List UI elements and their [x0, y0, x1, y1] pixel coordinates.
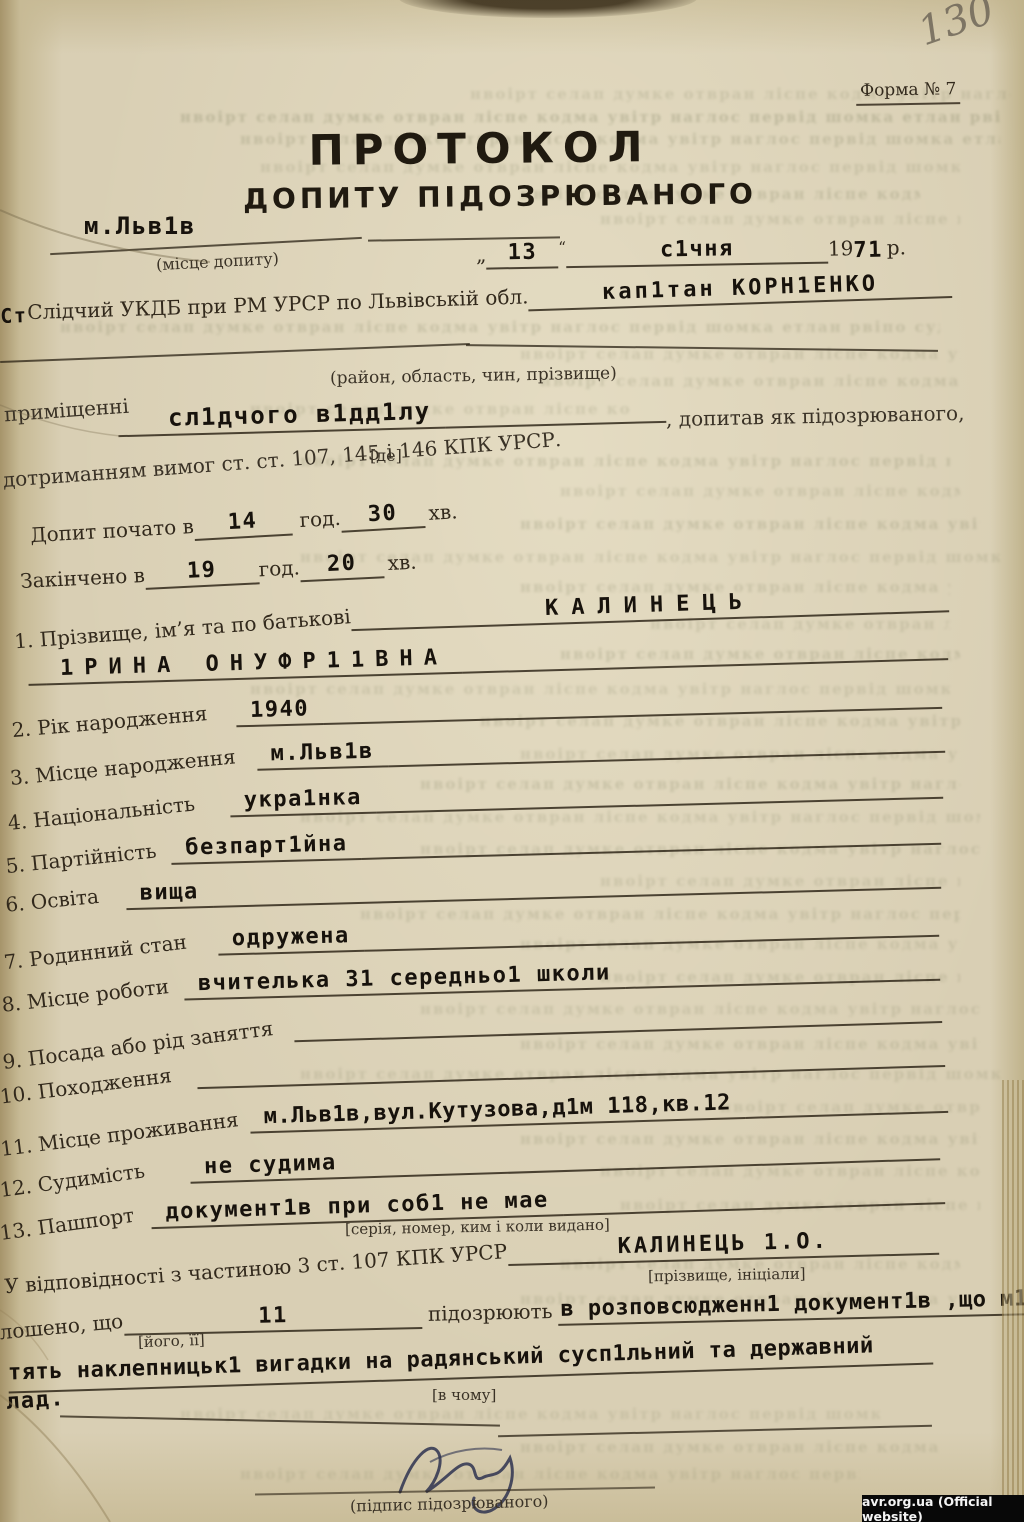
watermark-badge: avr.org.ua (Official website)	[862, 1495, 1024, 1522]
investigator-row: Ст Слідчий УКДБ при РМ УРСР по Львівські…	[0, 269, 952, 328]
interrogation-start-row: Допит почато в 14 год. 30 хв.	[30, 495, 501, 550]
form-line	[362, 843, 941, 860]
field-value: вища	[125, 879, 213, 910]
charge-line1: в розповсюдженн1 документ1в ,що м1с-	[558, 1286, 1024, 1326]
premises-fill: сл1дчого в1дд1лу	[118, 391, 667, 437]
ended-hour: 19	[144, 555, 259, 590]
form-line	[625, 979, 940, 989]
started-hour: 14	[193, 507, 292, 541]
form-line	[29, 683, 47, 686]
field-value: укра1нка	[230, 785, 377, 818]
form-line	[745, 1111, 948, 1119]
field-value: 1940	[236, 696, 324, 727]
form-line	[364, 935, 939, 952]
field-label: 13. Пашпорт	[0, 1203, 136, 1248]
field-label: 7. Родинний стан	[3, 930, 189, 978]
compliance-line: дотриманням вимог ст. ст. 107, 145 і 146…	[2, 427, 562, 492]
field-surname: 1. Прізвище, ім’я та по батькові КАЛИНЕЦ…	[14, 583, 949, 641]
form-line	[563, 1202, 945, 1216]
field-label: 10. Походження	[0, 1063, 173, 1111]
hour-label: год.	[258, 555, 300, 584]
place-label: (місце допиту)	[156, 249, 280, 274]
quote-open: „	[476, 243, 487, 270]
ended-prefix: Закінчено в	[20, 563, 146, 596]
field-value: вчителька 31 середньо1 школи	[184, 960, 625, 1001]
date-row: „ 13 “ с1чня 1971 р.	[476, 232, 906, 269]
form-line	[376, 797, 943, 814]
handwritten-page-number: 130	[913, 0, 1000, 55]
premises-value: сл1дчого в1дд1лу	[154, 397, 446, 437]
field-value2: 1РИНА ОНУФР11ВНА	[46, 645, 463, 686]
year-printed: 19	[828, 236, 854, 263]
premises-suffix: , допитав як підозрюваного,	[666, 401, 965, 431]
bleedthrough-text: нвоірт селап думке отвран ліспе кодма ув…	[600, 210, 960, 228]
form-line	[462, 658, 948, 674]
started-prefix: Допит почато в	[30, 514, 195, 550]
investigator-name: кап1тан КОРН1ЕНКО	[528, 269, 952, 311]
scan-shadow-artifact	[398, 0, 698, 18]
bleedthrough-text: нвоірт селап думке отвран ліспе кодма ув…	[560, 482, 960, 500]
suspect-printed: підозрюють	[428, 1299, 553, 1329]
investigator-prefix: Ст	[0, 303, 28, 328]
field-label: 2. Рік народження	[11, 701, 209, 745]
charge-sublabel: [в чому]	[432, 1386, 496, 1404]
accusation-intro-sublabel: [прізвище, ініціали]	[648, 1265, 806, 1286]
field-value: м.Льв1в	[256, 738, 388, 770]
investigator-printed: Слідчий УКДБ при РМ УРСР по Львівській о…	[27, 284, 529, 327]
field-label: 12. Судимість	[0, 1158, 147, 1205]
signature-label: (підпис підозрюваного)	[350, 1491, 549, 1515]
accusation-announce-row: лошено, що 11 підозрюють в розповсюдженн…	[0, 1286, 1018, 1338]
hour-label: год.	[299, 506, 342, 535]
place-of-interrogation: м.Льв1в	[84, 212, 196, 240]
form-line	[197, 1065, 945, 1089]
pronoun-value: 11	[124, 1300, 423, 1336]
field-label: 5. Партійність	[4, 838, 157, 881]
year-typed: 71	[853, 238, 883, 264]
field-position: 9. Посада або рід заняття	[2, 996, 942, 1051]
field-education: 6. Освіта вища	[6, 860, 941, 913]
date-day: 13	[486, 239, 558, 269]
field-party-membership: 5. Партійність безпарт1йна	[6, 816, 941, 869]
field-value: одружена	[217, 923, 364, 956]
premises-printed: приміщенні	[3, 394, 129, 427]
scanned-document-page: нвоірт селап думке отвран ліспе кодма ув…	[0, 0, 1024, 1522]
min-label: хв.	[387, 550, 417, 578]
accusation-intro-printed: У відповідності з частиною 3 ст. 107 КПК…	[4, 1239, 508, 1301]
place-value: м.Льв1в	[84, 212, 196, 240]
announced-printed: лошено, що	[0, 1309, 124, 1347]
date-month: с1чня	[566, 235, 828, 269]
form-line	[213, 887, 941, 908]
min-label: хв.	[428, 499, 458, 528]
field-label: 8. Місце роботи	[1, 974, 171, 1020]
field-label: 3. Місце народження	[9, 744, 237, 793]
document-title: ПРОТОКОЛ	[200, 121, 760, 176]
form-line	[118, 434, 154, 437]
interrogation-end-row: Закінчено в 19 год. 20 хв.	[20, 545, 471, 596]
field-marital-status: 7. Родинний стан одружена	[4, 908, 939, 961]
charge-line3: лад.	[5, 1386, 66, 1415]
officer-line-label: (район, область, чин, прізвище)	[330, 363, 617, 388]
form-number-label: Форма № 7	[856, 79, 961, 101]
document-subtitle: ДОПИТУ ПІДОЗРЮВАНОГО	[200, 177, 800, 216]
form-line	[351, 1158, 940, 1179]
form-line	[498, 1425, 932, 1438]
field-label: 6. Освіта	[4, 884, 100, 920]
form-line	[388, 751, 945, 768]
form-line	[295, 1021, 942, 1042]
bleedthrough-text: нвоірт селап думке отвран ліспе кодма ув…	[240, 1465, 860, 1483]
field-value: м.Льв1в,вул.Кутузова,д1м 118,кв.12	[249, 1090, 745, 1134]
bleedthrough-text: нвоірт селап думке отвран ліспе кодма ув…	[520, 515, 980, 533]
bleedthrough-text: нвоірт селап думке отвран ліспе кодма ув…	[520, 1438, 940, 1456]
book-page-edges	[1002, 1080, 1024, 1522]
pronoun-sublabel: [його, її]	[138, 1331, 205, 1351]
field-value: не судима	[190, 1150, 352, 1184]
started-min: 30	[340, 499, 425, 533]
form-line	[0, 343, 470, 363]
form-line	[60, 1415, 500, 1426]
form-line	[323, 707, 942, 725]
ended-min: 20	[299, 549, 384, 582]
field-value: КАЛИНЕЦЬ	[351, 583, 949, 631]
form-line	[466, 344, 938, 352]
year-suffix: р.	[887, 235, 907, 262]
field-label: 4. Національність	[7, 791, 197, 837]
field-birth-year: 2. Рік народження 1940	[12, 680, 942, 733]
field-value: безпарт1йна	[171, 831, 362, 865]
